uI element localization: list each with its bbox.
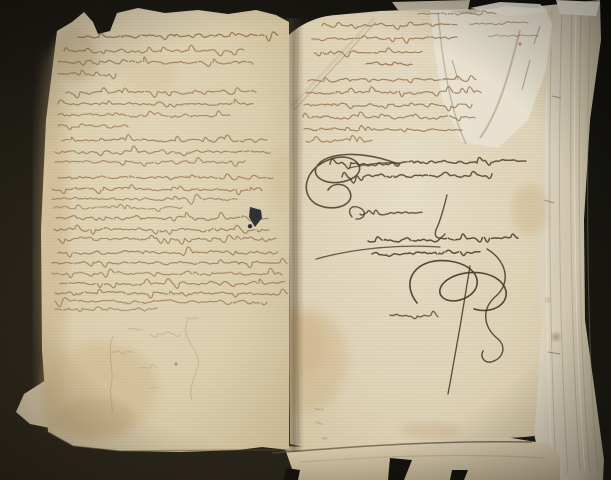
manuscript-photo-scene	[0, 0, 611, 480]
manuscript-photo	[0, 0, 611, 480]
photo-vignette	[0, 0, 611, 480]
